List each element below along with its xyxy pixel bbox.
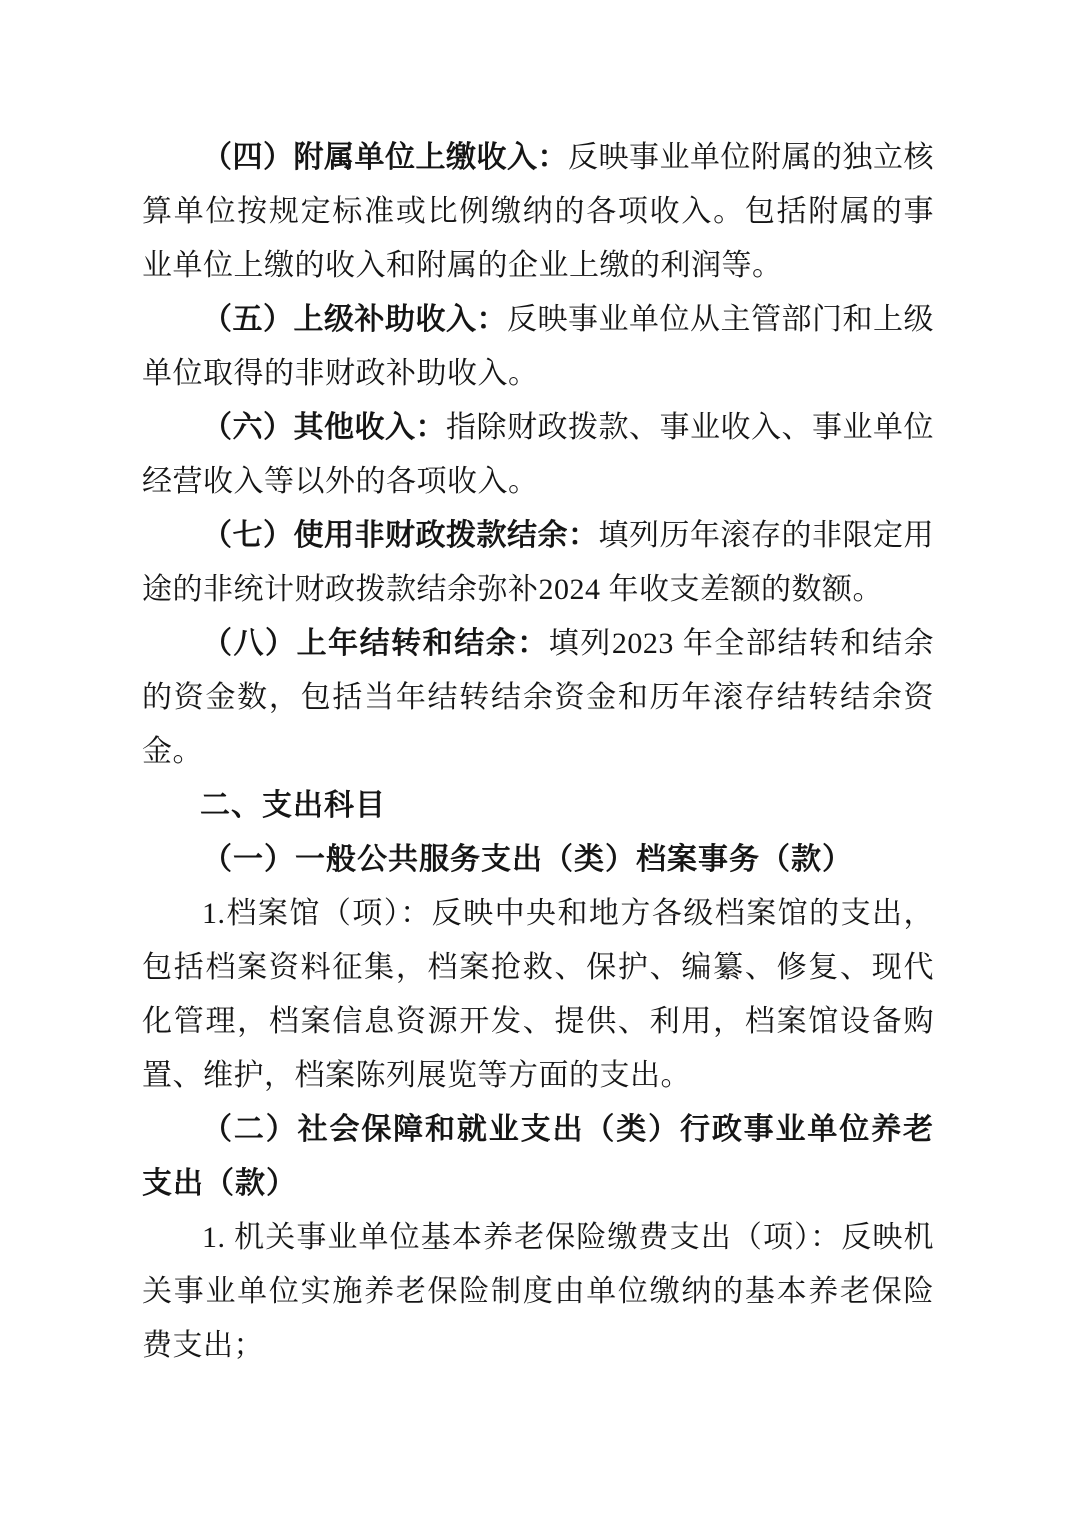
para-carryover-balance-lead: （八）上年结转和结余： bbox=[202, 627, 549, 660]
para-affiliated-unit-income: （四）附属单位上缴收入：反映事业单位附属的独立核算单位按规定标准或比例缴纳的各项… bbox=[142, 131, 934, 293]
para-other-income: （六）其他收入：指除财政拨款、事业收入、事业单位经营收入等以外的各项收入。 bbox=[142, 401, 934, 509]
para-superior-subsidy-income: （五）上级补助收入：反映事业单位从主管部门和上级单位取得的非财政补助收入。 bbox=[142, 293, 934, 401]
para-affiliated-unit-income-lead: （四）附属单位上缴收入： bbox=[202, 141, 568, 174]
para-other-income-lead: （六）其他收入： bbox=[202, 411, 446, 444]
heading-general-public-service: （一）一般公共服务支出（类）档案事务（款） bbox=[142, 833, 934, 887]
para-non-fiscal-surplus: （七）使用非财政拨款结余：填列历年滚存的非限定用途的非统计财政拨款结余弥补202… bbox=[142, 509, 934, 617]
document-page: （四）附属单位上缴收入：反映事业单位附属的独立核算单位按规定标准或比例缴纳的各项… bbox=[0, 0, 1074, 1520]
heading-social-security-employment: （二）社会保障和就业支出（类）行政事业单位养老支出（款） bbox=[142, 1103, 934, 1211]
para-non-fiscal-surplus-lead: （七）使用非财政拨款结余： bbox=[202, 519, 599, 552]
para-archives: 1.档案馆（项）：反映中央和地方各级档案馆的支出，包括档案资料征集，档案抢救、保… bbox=[142, 887, 934, 1103]
heading-expenditure-subjects: 二、支出科目 bbox=[142, 779, 934, 833]
para-pension-contribution: 1. 机关事业单位基本养老保险缴费支出（项）：反映机关事业单位实施养老保险制度由… bbox=[142, 1211, 934, 1373]
para-superior-subsidy-income-lead: （五）上级补助收入： bbox=[202, 303, 507, 336]
document-content: （四）附属单位上缴收入：反映事业单位附属的独立核算单位按规定标准或比例缴纳的各项… bbox=[142, 131, 934, 1373]
para-carryover-balance: （八）上年结转和结余：填列2023 年全部结转和结余的资金数，包括当年结转结余资… bbox=[142, 617, 934, 779]
